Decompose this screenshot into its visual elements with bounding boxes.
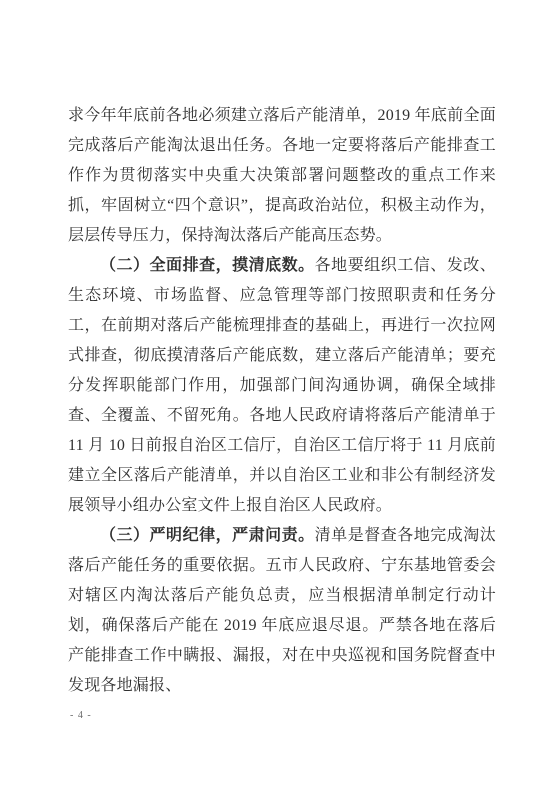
paragraph-text: 求今年年底前各地必须建立落后产能清单，2019 年底前全面完成落后产能淘汰退出任… (68, 107, 496, 244)
paragraph-lead: （二）全面排查，摸清底数。 (100, 257, 315, 274)
paragraph-lead: （三）严明纪律，严肃问责。 (100, 527, 315, 544)
document-body: 求今年年底前各地必须建立落后产能清单，2019 年底前全面完成落后产能淘汰退出任… (68, 101, 496, 701)
paragraph-text: 各地要组织工信、发改、生态环境、市场监督、应急管理等部门按照职责和任务分工，在前… (68, 257, 496, 514)
paragraph: （三）严明纪律，严肃问责。清单是督查各地完成淘汰落后产能任务的重要依据。五市人民… (68, 521, 496, 701)
paragraph-text: 清单是督查各地完成淘汰落后产能任务的重要依据。五市人民政府、宁东基地管委会对辖区… (68, 527, 496, 694)
page-number: - 4 - (70, 710, 92, 721)
paragraph: 求今年年底前各地必须建立落后产能清单，2019 年底前全面完成落后产能淘汰退出任… (68, 101, 496, 251)
document-page: 求今年年底前各地必须建立落后产能清单，2019 年底前全面完成落后产能淘汰退出任… (0, 0, 560, 792)
paragraph: （二）全面排查，摸清底数。各地要组织工信、发改、生态环境、市场监督、应急管理等部… (68, 251, 496, 521)
